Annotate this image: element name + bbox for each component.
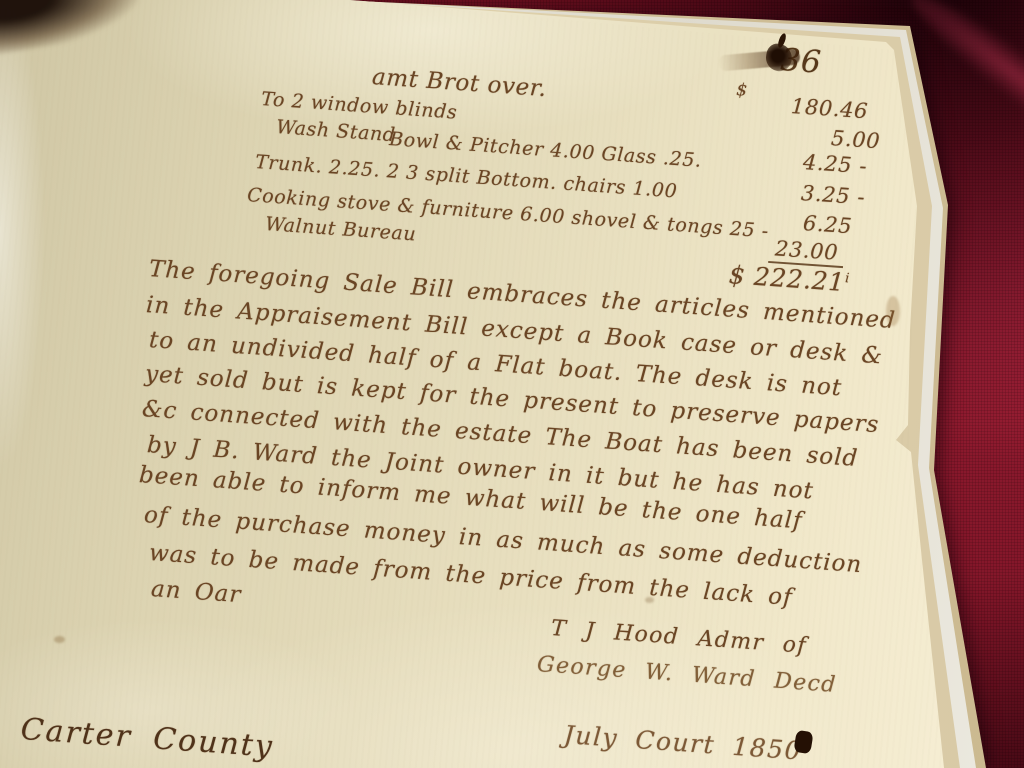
item-amount: 4.25 - bbox=[802, 150, 868, 178]
item-amount: 5.00 bbox=[830, 126, 881, 153]
currency-sign: $ bbox=[736, 80, 749, 101]
item-amount: 3.25 - bbox=[800, 181, 866, 209]
total-tick-mark: i bbox=[845, 271, 851, 286]
age-stain bbox=[54, 636, 65, 643]
age-stain bbox=[645, 597, 654, 603]
ledger-photograph: { "document": { "page_number": "36", "le… bbox=[0, 0, 1024, 768]
item-amount: 6.25 bbox=[802, 211, 853, 238]
age-stain bbox=[886, 296, 900, 326]
